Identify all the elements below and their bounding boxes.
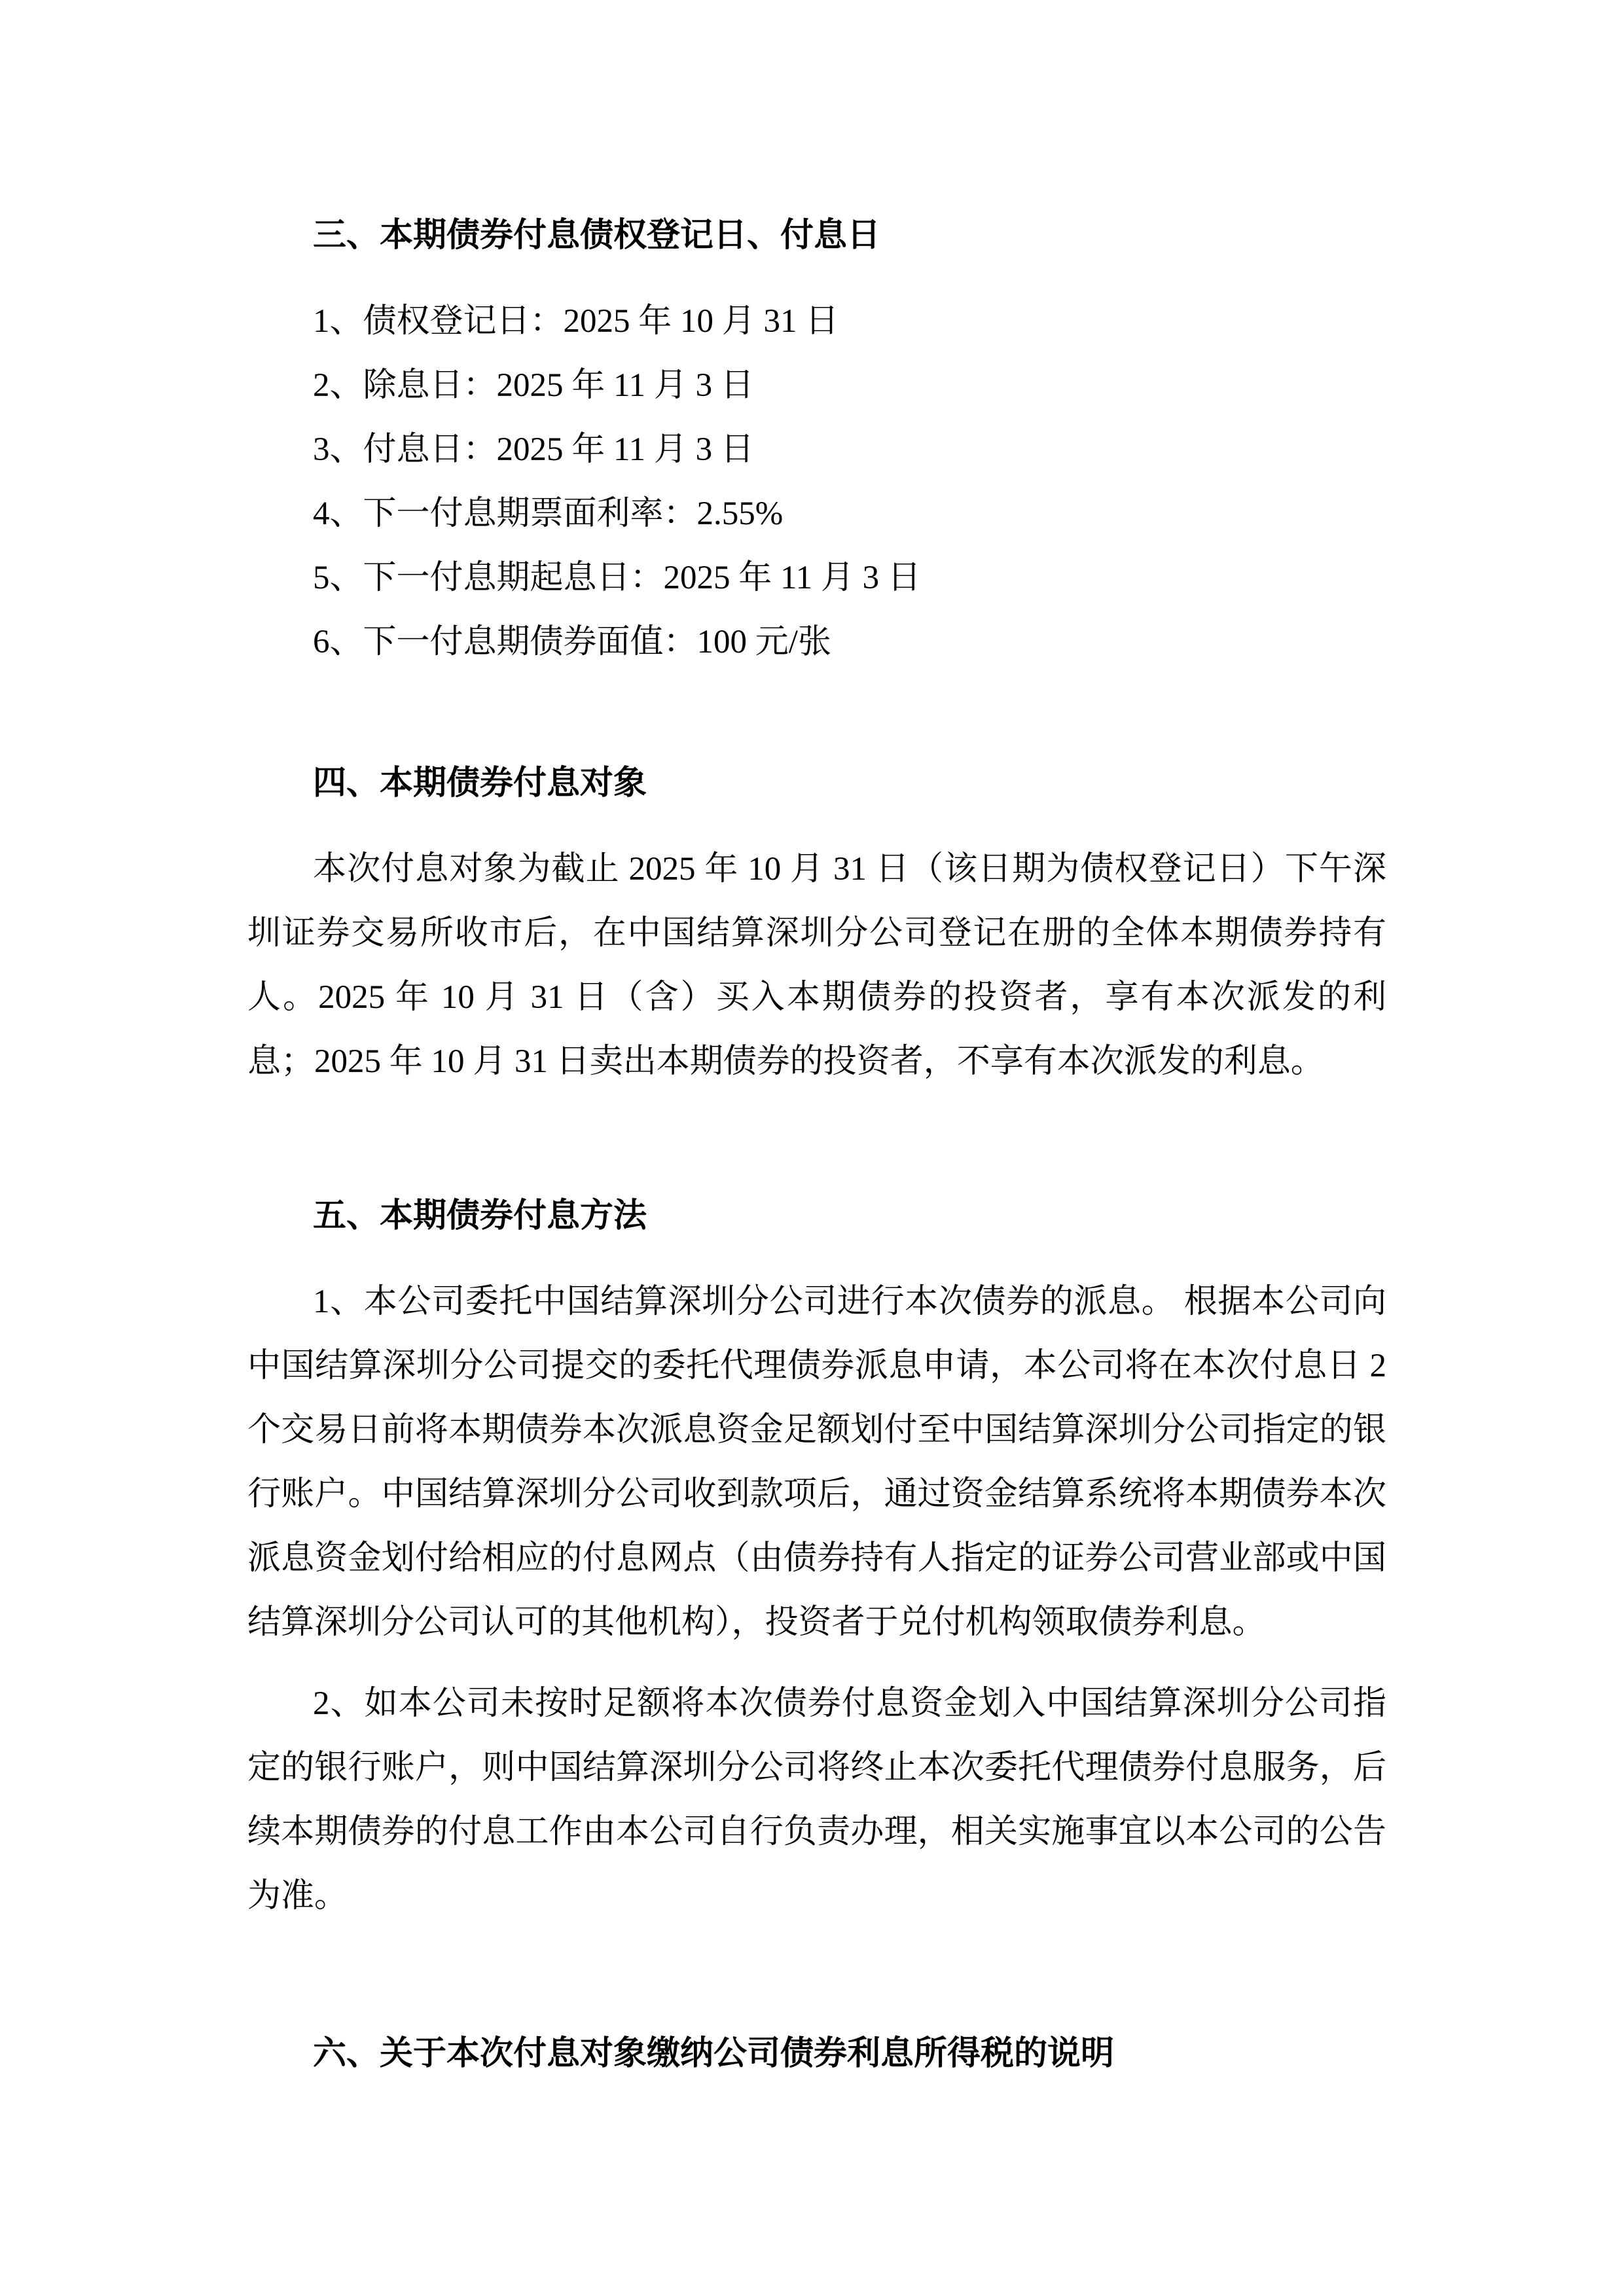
document-body: 三、本期债券付息债权登记日、付息日1、债权登记日：2025 年 10 月 31 … [247,0,1386,2086]
list-item: 1、债权登记日：2025 年 10 月 31 日 [247,289,1386,353]
section-content: 1、债权登记日：2025 年 10 月 31 日2、除息日：2025 年 11 … [247,289,1386,674]
section-heading: 三、本期债券付息债权登记日、付息日 [247,204,1386,268]
list-item: 3、付息日：2025 年 11 月 3 日 [247,418,1386,482]
paragraph: 2、如本公司未按时足额将本次债券付息资金划入中国结算深圳分公司指定的银行账户，则… [247,1672,1386,1928]
list-item: 2、除息日：2025 年 11 月 3 日 [247,353,1386,418]
section-heading: 四、本期债券付息对象 [247,751,1386,816]
list-item: 6、下一付息期债券面值：100 元/张 [247,610,1386,674]
section: 三、本期债券付息债权登记日、付息日1、债权登记日：2025 年 10 月 31 … [247,204,1386,674]
section-heading: 五、本期债券付息方法 [247,1184,1386,1248]
paragraph: 本次付息对象为截止 2025 年 10 月 31 日（该日期为债权登记日）下午深… [247,837,1386,1094]
section-heading: 六、关于本次付息对象缴纳公司债券利息所得税的说明 [247,2022,1386,2086]
section: 六、关于本次付息对象缴纳公司债券利息所得税的说明 [247,2022,1386,2086]
paragraph: 1、本公司委托中国结算深圳分公司进行本次债券的派息。 根据本公司向中国结算深圳分… [247,1270,1386,1655]
list-item: 4、下一付息期票面利率：2.55% [247,482,1386,546]
section: 四、本期债券付息对象本次付息对象为截止 2025 年 10 月 31 日（该日期… [247,751,1386,1094]
list-item: 5、下一付息期起息日：2025 年 11 月 3 日 [247,546,1386,610]
section: 五、本期债券付息方法1、本公司委托中国结算深圳分公司进行本次债券的派息。 根据本… [247,1184,1386,1928]
section-content: 本次付息对象为截止 2025 年 10 月 31 日（该日期为债权登记日）下午深… [247,837,1386,1094]
document-page: 三、本期债券付息债权登记日、付息日1、债权登记日：2025 年 10 月 31 … [0,0,1624,2296]
section-content: 1、本公司委托中国结算深圳分公司进行本次债券的派息。 根据本公司向中国结算深圳分… [247,1270,1386,1928]
